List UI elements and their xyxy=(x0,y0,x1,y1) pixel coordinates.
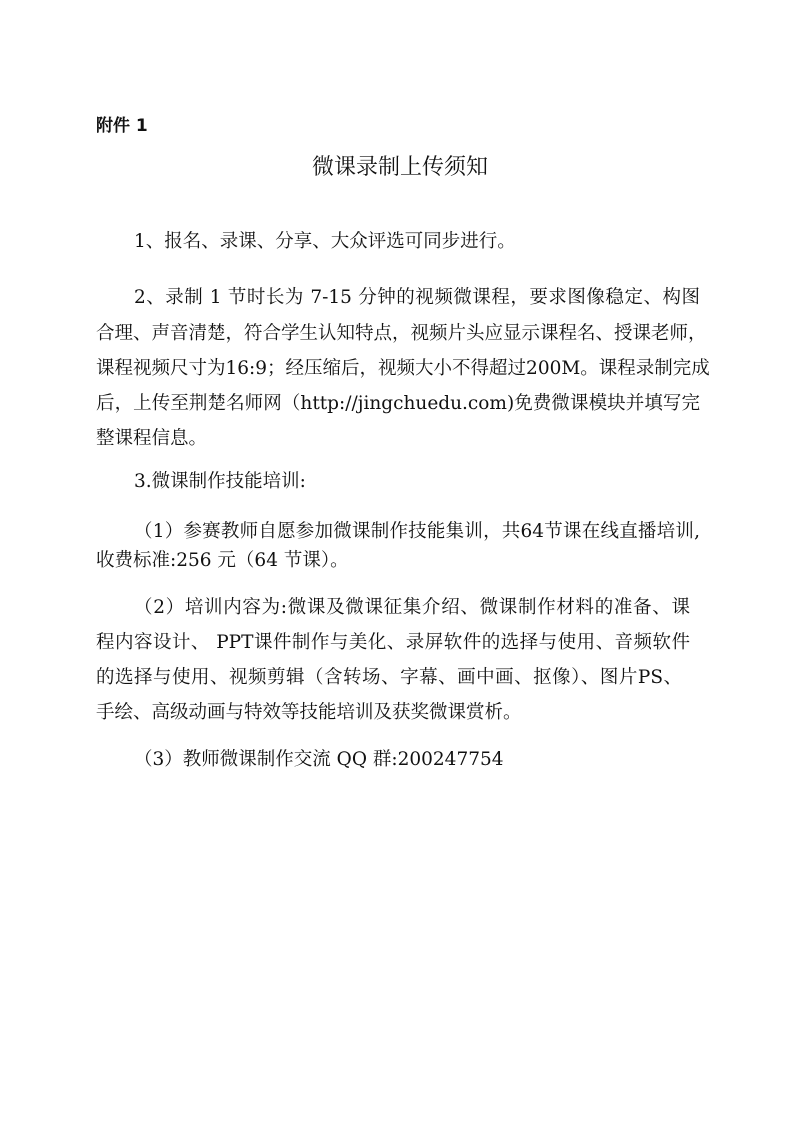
item-1: 1、报名、录课、分享、大众评选可同步进行。 xyxy=(134,230,516,254)
item-2-line: 课程视频尺寸为16:9；经压缩后，视频大小不得超过200M。课程录制完成 xyxy=(96,357,700,381)
item-2-line: 后，上传至荆楚名师网（http://jingchuedu.com)免费微课模块并… xyxy=(96,392,700,416)
item-2-line: 整课程信息。 xyxy=(96,427,207,451)
item-3-heading: 3.微课制作技能培训: xyxy=(134,470,306,494)
sub-item-1-line: 收费标准:256 元（64 节课）。 xyxy=(96,549,349,573)
attachment-label: 附件 1 xyxy=(96,111,148,136)
item-2-line: 2、录制 1 节时长为 7-15 分钟的视频微课程，要求图像稳定、构图 xyxy=(134,286,700,310)
sub-item-2-line: 的选择与使用、视频剪辑（含转场、字幕、画中画、抠像）、图片PS、 xyxy=(96,666,682,690)
sub-item-2-line: 手绘、高级动画与特效等技能培训及获奖微课赏析。 xyxy=(96,701,522,725)
document-title: 微课录制上传须知 xyxy=(0,150,800,181)
sub-item-3-qq-group: （3）教师微课制作交流 QQ 群:200247754 xyxy=(134,748,504,772)
item-2-line: 合理、声音清楚，符合学生认知特点，视频片头应显示课程名、授课老师， xyxy=(96,322,700,346)
sub-item-1-line: （1）参赛教师自愿参加微课制作技能集训，共64节课在线直播培训, xyxy=(134,520,700,544)
sub-item-2-line: （2）培训内容为:微课及微课征集介绍、微课制作材料的准备、课 xyxy=(134,596,690,620)
sub-item-2-line: 程内容设计、 PPT课件制作与美化、录屏软件的选择与使用、音频软件 xyxy=(96,631,690,655)
